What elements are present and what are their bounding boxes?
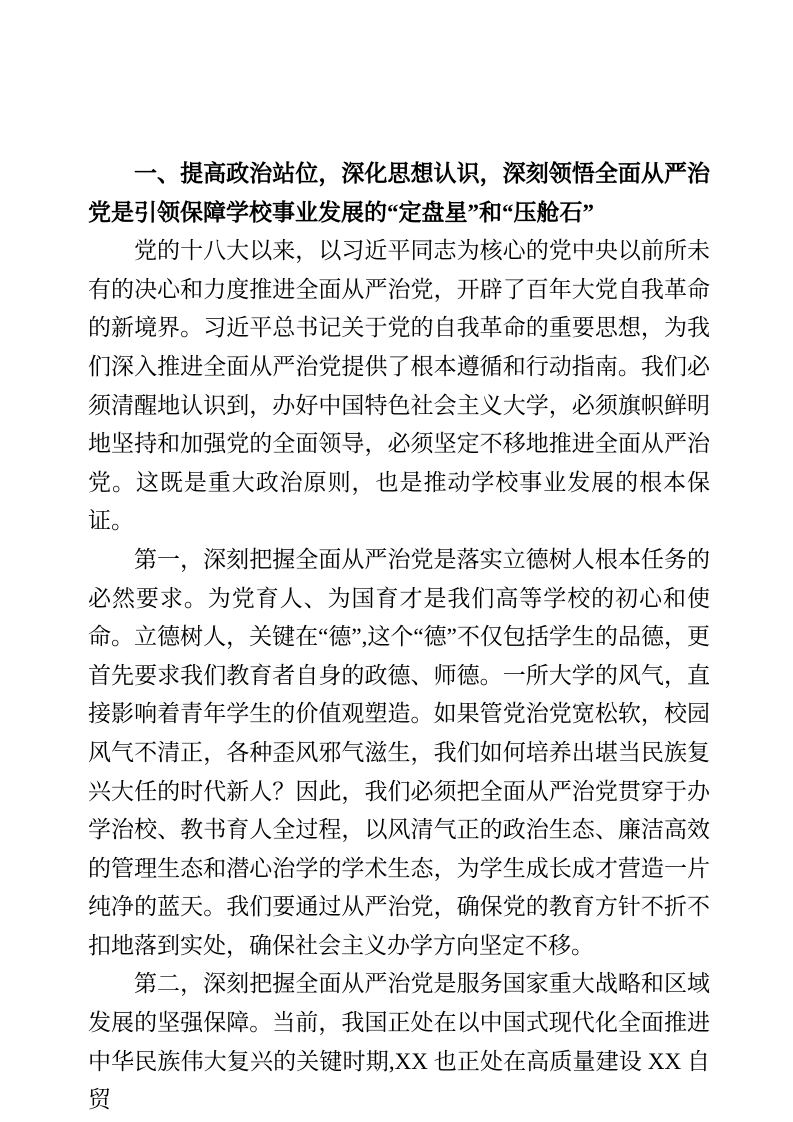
document-body: 一、提高政治站位，深化思想认识，深刻领悟全面从严治党是引领保障学校事业发展的“定… xyxy=(88,155,710,1120)
paragraph-intro: 党的十八大以来，以习近平同志为核心的党中央以前所未有的决心和力度推进全面从严治党… xyxy=(88,232,710,541)
paragraph-first-point: 第一，深刻把握全面从严治党是落实立德树人根本任务的必然要求。为党育人、为国育才是… xyxy=(88,541,710,966)
document-page: 一、提高政治站位，深化思想认识，深刻领悟全面从严治党是引领保障学校事业发展的“定… xyxy=(0,0,793,1122)
paragraph-second-point: 第二，深刻把握全面从严治党是服务国家重大战略和区域发展的坚强保障。当前，我国正处… xyxy=(88,965,710,1119)
section-heading: 一、提高政治站位，深化思想认识，深刻领悟全面从严治党是引领保障学校事业发展的“定… xyxy=(88,155,710,232)
